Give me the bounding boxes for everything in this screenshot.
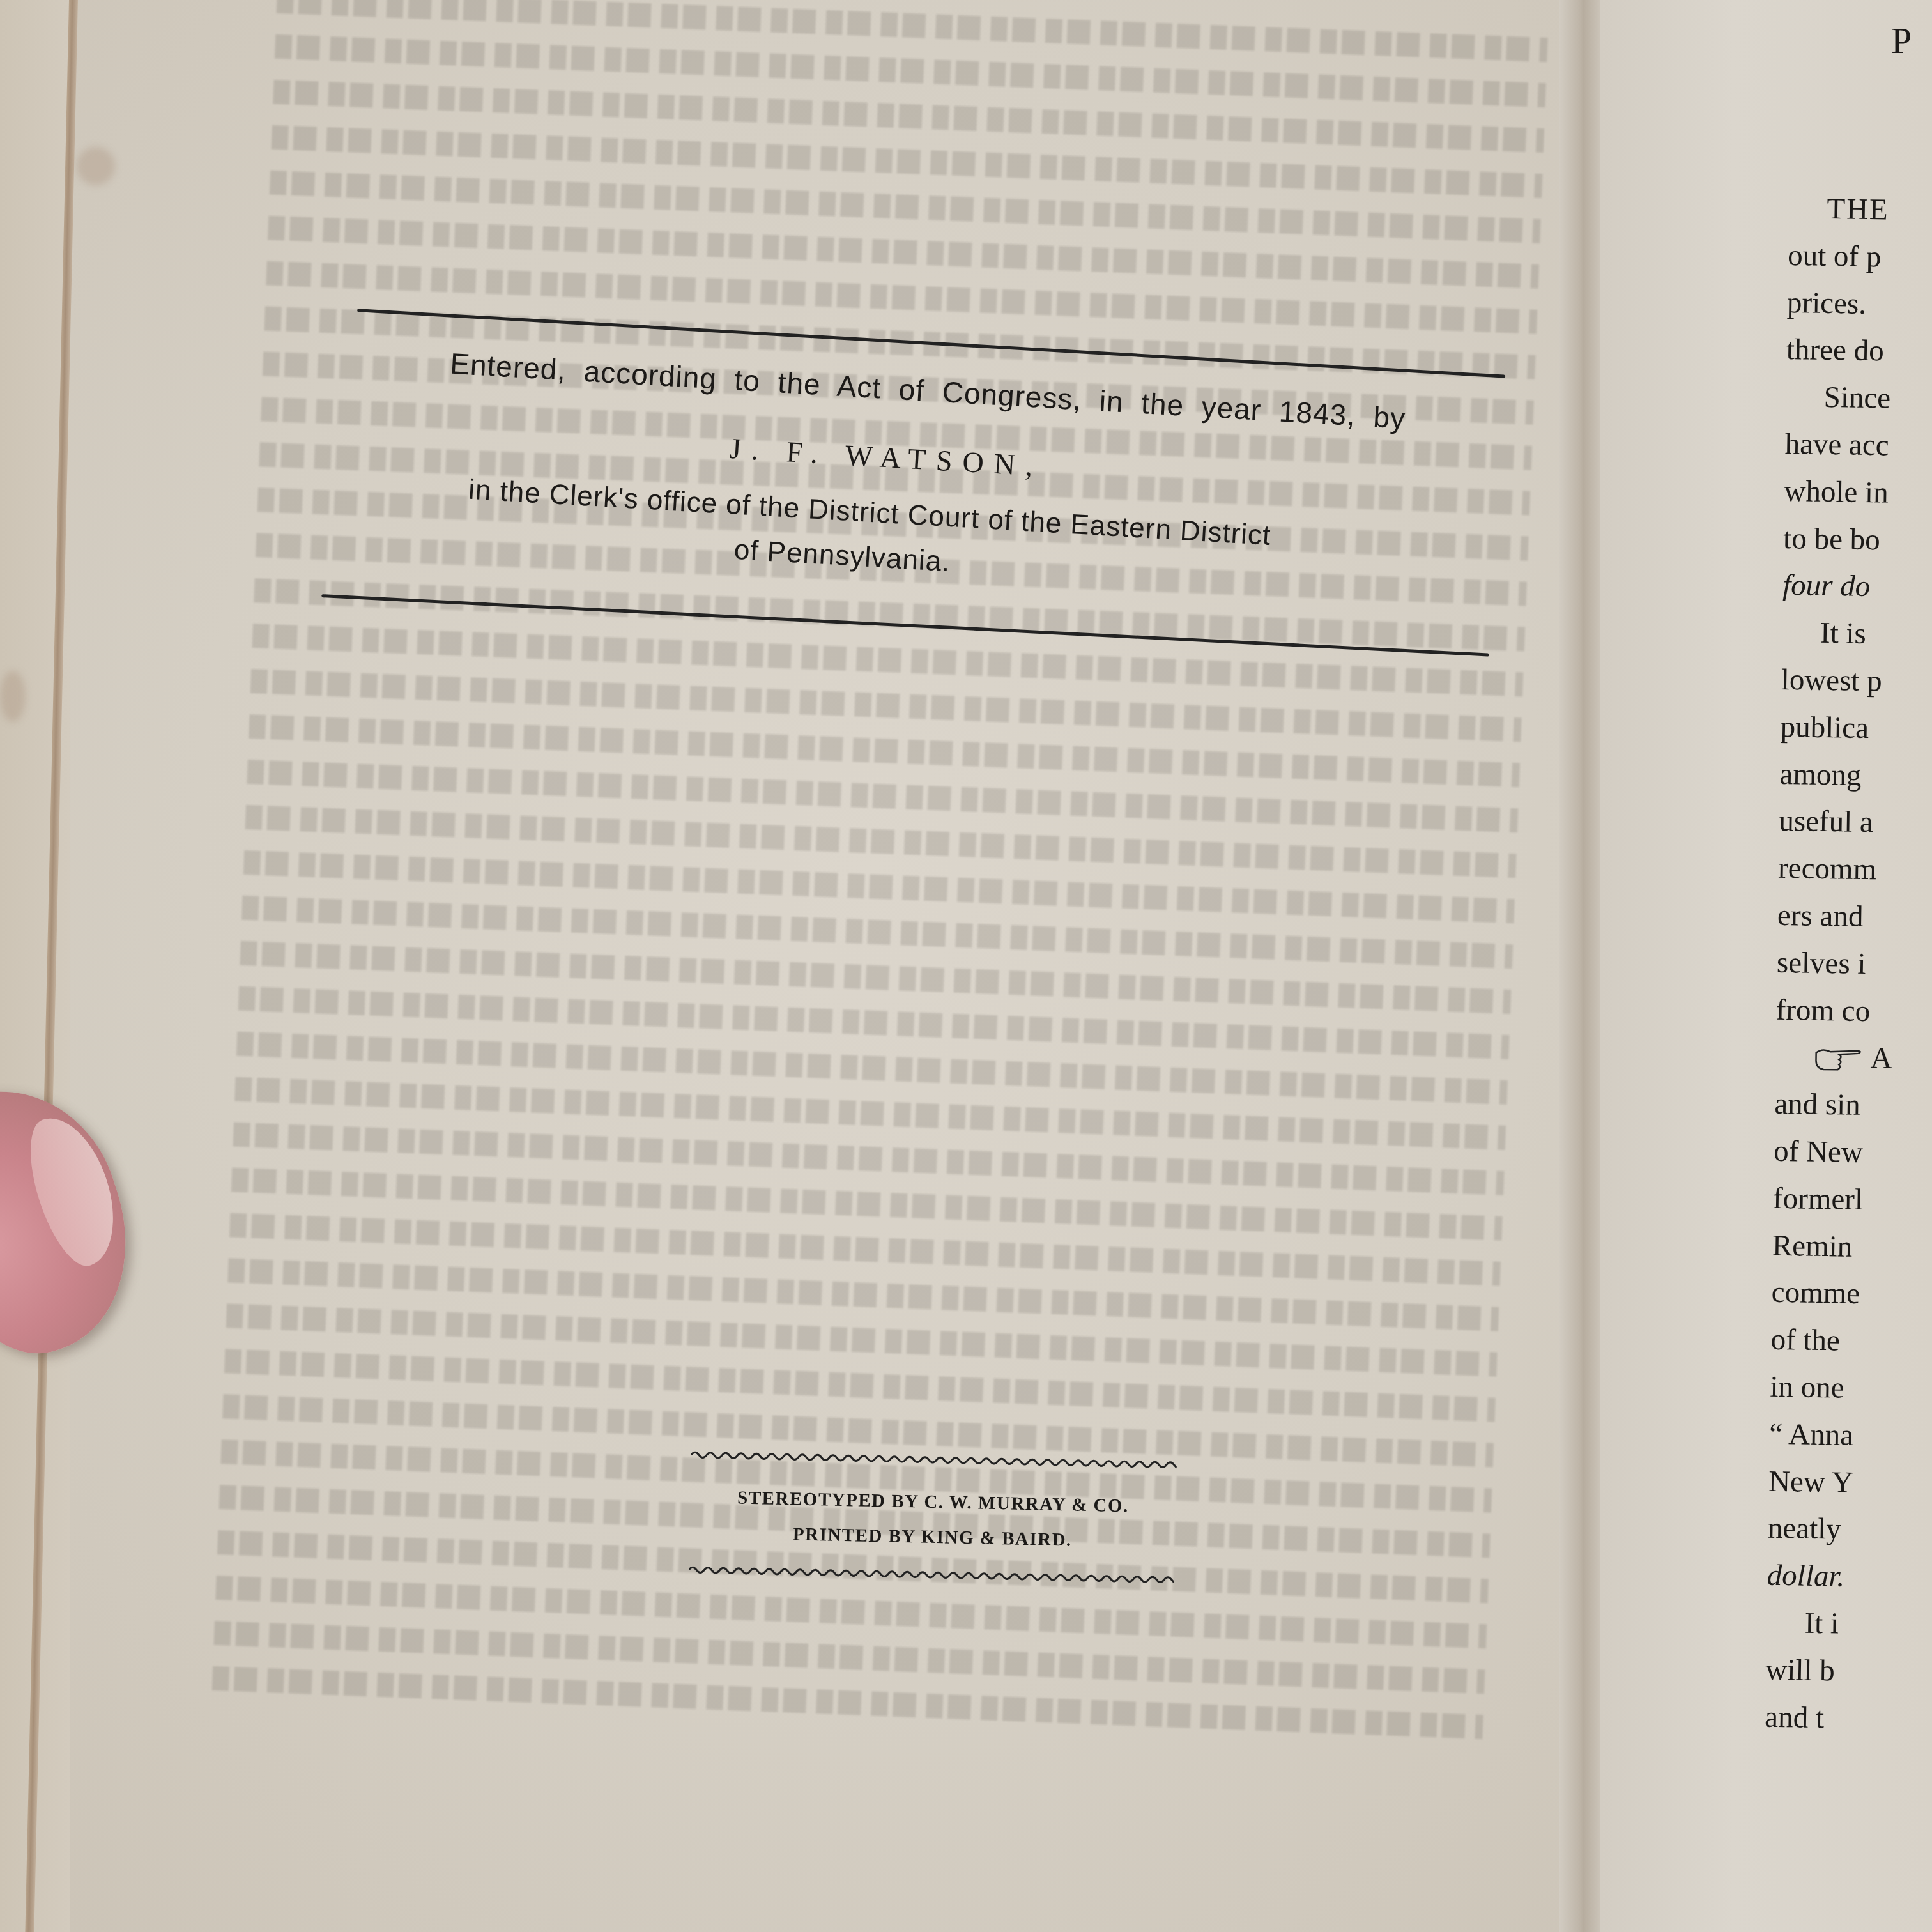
text-line-content: of New (1774, 1135, 1863, 1169)
text-line-content: four do (1782, 569, 1871, 603)
text-line-content: comme (1771, 1276, 1860, 1310)
text-line-content: and sin (1774, 1087, 1860, 1122)
text-line-content: publica (1780, 710, 1869, 745)
text-line: in one (1770, 1364, 1932, 1414)
text-line: will b (1765, 1646, 1932, 1697)
text-line: THE (1788, 185, 1932, 235)
book-gutter (1559, 0, 1604, 1932)
text-line: “ Anna (1769, 1411, 1932, 1461)
text-line-content: out of p (1788, 239, 1882, 273)
text-line-content: ers and (1777, 899, 1864, 933)
text-line: have acc (1784, 421, 1932, 471)
text-line: Remin (1772, 1222, 1932, 1273)
text-line: out of p (1788, 233, 1932, 282)
text-line-content: THE (1827, 192, 1889, 227)
text-line-content: among (1779, 757, 1862, 792)
right-page-heading: P (1891, 19, 1914, 62)
text-line-content: selves i (1776, 946, 1866, 981)
right-page-body: THEout of pprices.three doSincehave accw… (1765, 185, 1932, 1744)
text-line-content: Remin (1772, 1229, 1853, 1263)
text-line-content: New Y (1768, 1464, 1854, 1499)
left-page (0, 0, 1578, 1932)
foxing-stain (77, 147, 115, 185)
text-line-content: three do (1786, 333, 1884, 367)
pointing-hand-icon (1813, 1046, 1865, 1075)
foxing-stain (0, 671, 26, 722)
text-line-content: and t (1765, 1700, 1824, 1734)
text-line: dollar. (1767, 1552, 1932, 1602)
text-line-content: of the (1770, 1323, 1840, 1358)
text-line: whole in (1784, 468, 1932, 518)
text-line-content: have acc (1784, 427, 1889, 463)
text-line: to be bo (1783, 516, 1932, 565)
text-line-content: Since (1823, 381, 1890, 415)
wavy-rule-icon (689, 1563, 1174, 1586)
printer-imprint: STEREOTYPED BY C. W. MURRAY & CO. PRINTE… (689, 1442, 1177, 1593)
text-line: and sin (1774, 1081, 1932, 1131)
text-line: recomm (1778, 845, 1932, 896)
text-line-content: in one (1770, 1370, 1844, 1405)
text-line: ers and (1777, 893, 1932, 943)
text-line: three do (1786, 326, 1932, 376)
text-line: Since (1785, 374, 1932, 424)
text-line-content: A (1870, 1042, 1892, 1076)
text-line: of the (1770, 1317, 1932, 1367)
bottom-rule (321, 594, 1489, 657)
text-line: A (1775, 1034, 1932, 1084)
copyright-notice: Entered, according to the Act of Congres… (325, 300, 1512, 724)
text-line: lowest p (1781, 657, 1932, 707)
text-line: four do (1782, 562, 1932, 612)
text-line: useful a (1779, 798, 1932, 848)
text-line-content: It i (1804, 1607, 1839, 1641)
text-line: from co (1775, 986, 1932, 1037)
text-line-content: formerl (1773, 1182, 1864, 1216)
text-line-content: recomm (1778, 852, 1877, 886)
text-line: New Y (1768, 1458, 1932, 1508)
text-line-content: whole in (1784, 475, 1889, 510)
text-line: It is (1781, 609, 1932, 659)
printer-line: PRINTED BY KING & BAIRD. (689, 1522, 1176, 1553)
text-line: neatly (1767, 1505, 1932, 1556)
text-line-content: neatly (1768, 1512, 1842, 1546)
text-line-content: useful a (1779, 804, 1873, 839)
text-line-content: will b (1765, 1653, 1835, 1687)
stereotyper-line: STEREOTYPED BY C. W. MURRAY & CO. (690, 1487, 1176, 1518)
wavy-rule-icon (691, 1448, 1177, 1471)
text-line-content: It is (1820, 617, 1867, 650)
text-line: formerl (1772, 1176, 1932, 1226)
text-line: among (1779, 751, 1932, 801)
text-line: prices. (1787, 280, 1932, 330)
text-line-content: from co (1775, 993, 1870, 1027)
text-line-content: “ Anna (1769, 1417, 1854, 1452)
text-line: comme (1771, 1269, 1932, 1319)
text-line: of New (1774, 1128, 1932, 1179)
text-line: It i (1766, 1600, 1932, 1650)
text-line: publica (1780, 704, 1932, 754)
text-line-content: dollar. (1767, 1559, 1844, 1593)
text-line-content: to be bo (1783, 522, 1880, 556)
text-line: and t (1765, 1694, 1932, 1744)
text-line-content: lowest p (1781, 663, 1882, 698)
text-line: selves i (1776, 940, 1932, 990)
text-line-content: prices. (1787, 286, 1867, 321)
